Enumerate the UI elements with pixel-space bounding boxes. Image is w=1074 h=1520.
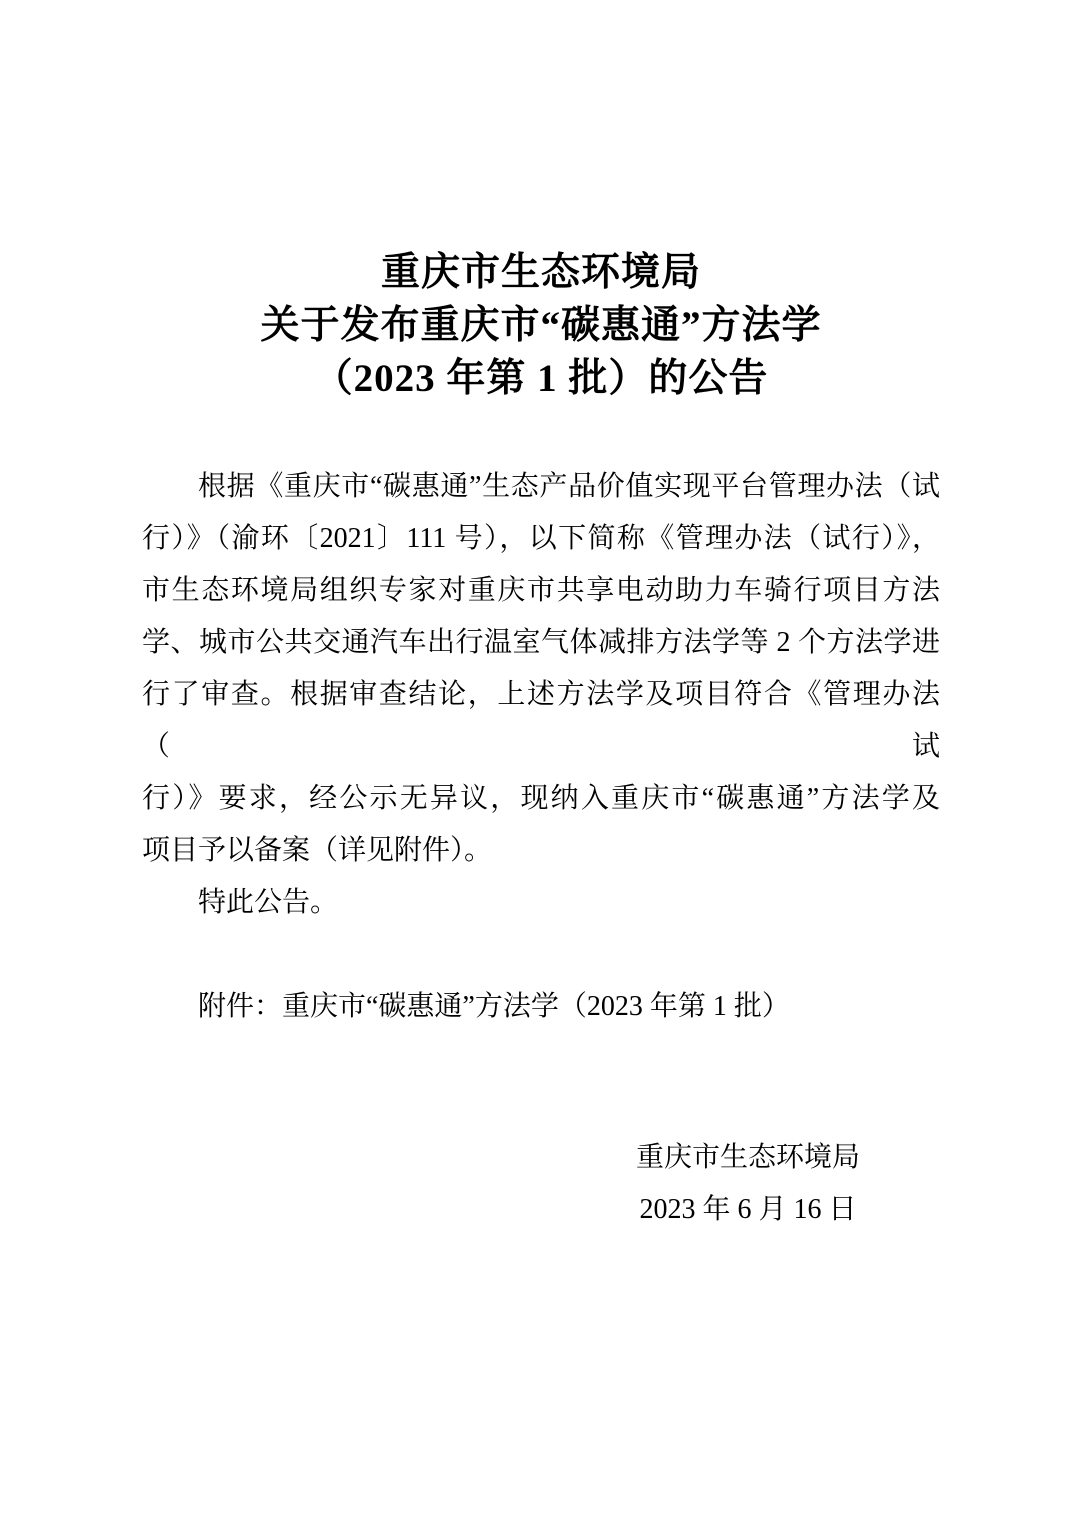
body-line-5: 行了审查。根据审查结论，上述方法学及项目符合《管理办法（试 bbox=[142, 669, 940, 773]
body-line-7: 项目予以备案（详见附件）。 bbox=[142, 825, 940, 877]
doc-title: 重庆市生态环境局 关于发布重庆市“碳惠通”方法学 （2023 年第 1 批）的公… bbox=[142, 246, 940, 405]
signature-date: 2023 年 6 月 16 日 bbox=[636, 1184, 860, 1236]
doc-title-line-3: （2023 年第 1 批）的公告 bbox=[142, 352, 940, 405]
doc-title-line-1: 重庆市生态环境局 bbox=[142, 246, 940, 299]
doc-body: 根据《重庆市“碳惠通”生态产品价值实现平台管理办法（试 行）》（渝环〔2021〕… bbox=[142, 461, 940, 1236]
body-line-2: 行）》（渝环〔2021〕111 号），以下简称《管理办法（试行）》， bbox=[142, 513, 940, 565]
body-line-6: 行）》要求，经公示无异议，现纳入重庆市“碳惠通”方法学及 bbox=[142, 773, 940, 825]
doc-title-line-2: 关于发布重庆市“碳惠通”方法学 bbox=[142, 299, 940, 352]
signature-block: 重庆市生态环境局 2023 年 6 月 16 日 bbox=[636, 1132, 860, 1236]
body-line-3: 市生态环境局组织专家对重庆市共享电动助力车骑行项目方法 bbox=[142, 565, 940, 617]
closing-line: 特此公告。 bbox=[142, 877, 940, 929]
body-line-4: 学、城市公共交通汽车出行温室气体减排方法学等 2 个方法学进 bbox=[142, 617, 940, 669]
document-page: 重庆市生态环境局 关于发布重庆市“碳惠通”方法学 （2023 年第 1 批）的公… bbox=[0, 0, 1074, 1520]
blank-line bbox=[142, 929, 940, 981]
signature-org: 重庆市生态环境局 bbox=[636, 1132, 860, 1184]
body-line-1: 根据《重庆市“碳惠通”生态产品价值实现平台管理办法（试 bbox=[142, 461, 940, 513]
attachment-line: 附件：重庆市“碳惠通”方法学（2023 年第 1 批） bbox=[142, 981, 940, 1033]
